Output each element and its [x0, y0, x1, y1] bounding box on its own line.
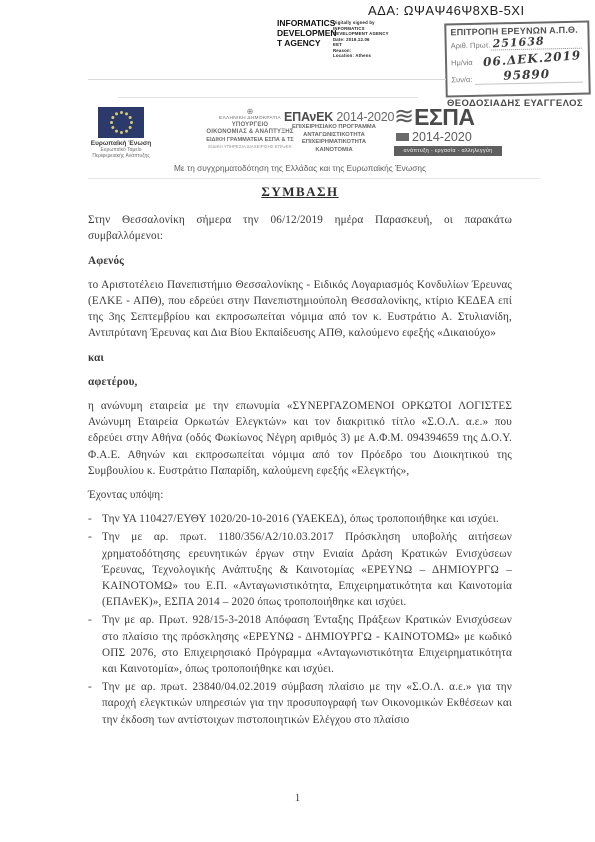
bullet-dash: - — [88, 529, 102, 610]
banner-bottom-rule — [88, 178, 540, 179]
cofinance-line: Με τη συγχρηματοδότηση της Ελλάδας και τ… — [88, 163, 512, 173]
epanek-name: ΕΠΑνΕΚ — [284, 110, 333, 124]
document-title: ΣΥΜΒΑΣΗ — [88, 184, 512, 200]
stamp-attachment-value: 95890 — [503, 67, 550, 83]
eu-fund-line2: Περιφερειακής Ανάπτυξης — [88, 153, 154, 159]
list-item: - Την με αρ. πρωτ. 23840/04.02.2019 σύμβ… — [88, 679, 512, 728]
list-item: - Την ΥΑ 110427/ΕΥΘΥ 1020/20-10-2016 (ΥΑ… — [88, 511, 512, 527]
eu-name: Ευρωπαϊκή Ένωση — [88, 140, 154, 147]
connector-label: και — [88, 350, 512, 366]
scanned-contract-page: { "colors": { "eu_flag_navy": "#2c3a6b",… — [0, 0, 595, 842]
scan-artifact-line — [88, 79, 446, 80]
intro-paragraph: Στην Θεσσαλονίκη σήμερα την 06/12/2019 η… — [88, 212, 512, 244]
party2-label: αφετέρου, — [88, 374, 512, 390]
agency-line: T AGENCY — [277, 39, 339, 49]
epanek-subtitle: ΑΝΤΑΓΩΝΙΣΤΙΚΟΤΗΤΑ — [284, 132, 384, 140]
epanek-years: 2014-2020 — [336, 110, 394, 124]
page-number: 1 — [0, 792, 595, 804]
espa-title: ΕΣΠΑ — [414, 106, 474, 128]
bullet-dash: - — [88, 612, 102, 677]
list-item: - Την με αρ. πρωτ. 1180/356/Α2/10.03.201… — [88, 529, 512, 610]
sig-detail-line: DEVELOPMENT AGENCY — [333, 31, 395, 37]
eu-logo-block: Ευρωπαϊκή Ένωση Ευρωπαϊκό Ταμείο Περιφερ… — [88, 107, 154, 160]
eu-miniflag-icon — [396, 133, 409, 141]
list-item-text: Την με αρ. πρωτ. 1180/356/Α2/10.03.2017 … — [102, 529, 512, 610]
epanek-subtitle: ΚΑΙΝΟΤΟΜΙΑ — [284, 147, 384, 155]
stamp-protocol-label: Αριθ. Πρωτ. — [451, 41, 491, 51]
list-item-text: Την με αρ. πρωτ. 23840/04.02.2019 σύμβασ… — [102, 679, 512, 728]
list-item-text: Την με αρ. Πρωτ. 928/15-3-2018 Απόφαση Έ… — [102, 612, 512, 677]
epanek-subtitle: ΕΠΙΧΕΙΡΗΜΑΤΙΚΟΤΗΤΑ — [284, 139, 384, 147]
having-regard-heading: Έχοντας υπόψη: — [88, 487, 512, 503]
dotted-line — [476, 82, 583, 85]
party2-paragraph: η ανώνυμη εταιρεία με την επωνυμία «ΣΥΝΕ… — [88, 398, 512, 479]
document-body: ΣΥΜΒΑΣΗ Στην Θεσσαλονίκη σήμερα την 06/1… — [88, 184, 512, 730]
eu-flag-icon — [98, 107, 144, 138]
digital-signature-agency: INFORMATICS DEVELOPMEN T AGENCY — [277, 19, 339, 48]
bullet-dash: - — [88, 679, 102, 728]
stamp-date-label: Ημ/νία — [451, 58, 473, 67]
having-regard-list: - Την ΥΑ 110427/ΕΥΘΥ 1020/20-10-2016 (ΥΑ… — [88, 511, 512, 728]
party1-label: Αφενός — [88, 253, 512, 269]
stamp-attachment-row: Συν/α: 95890 — [451, 69, 584, 89]
epanek-title: ΕΠΑνΕΚ 2014-2020 — [284, 110, 384, 124]
list-item-text: Την ΥΑ 110427/ΕΥΘΥ 1020/20-10-2016 (ΥΑΕΚ… — [102, 511, 512, 527]
espa-years: 2014-2020 — [412, 130, 472, 144]
ada-code: ΑΔΑ: ΩΨΑΨ46Ψ8ΧΒ-5ΧΙ — [368, 3, 525, 18]
epanek-subtitle: ΕΠΙΧΕΙΡΗΣΙΑΚΟ ΠΡΟΓΡΑΜΜΑ — [284, 124, 384, 132]
digital-signature-details: Digitally signed by INFORMATICS DEVELOPM… — [333, 20, 395, 59]
stamp-attachment-label: Συν/α: — [451, 75, 472, 84]
espa-wave-icon: ≋ — [394, 106, 414, 128]
scan-artifact-line — [118, 97, 418, 98]
espa-logo-block: ≋ ΕΣΠΑ 2014-2020 ανάπτυξη - εργασία - αλ… — [394, 106, 510, 156]
party1-paragraph: το Αριστοτέλειο Πανεπιστήμιο Θεσσαλονίκη… — [88, 277, 512, 342]
sig-detail-line: Location: Athens — [333, 53, 395, 59]
protocol-stamp: ΕΠΙΤΡΟΠΗ ΕΡΕΥΝΩΝ Α.Π.Θ. Αριθ. Πρωτ. 2516… — [444, 20, 591, 97]
bullet-dash: - — [88, 511, 102, 527]
espa-tagline: ανάπτυξη - εργασία - αλληλεγγύη — [394, 146, 502, 156]
list-item: - Την με αρ. Πρωτ. 928/15-3-2018 Απόφαση… — [88, 612, 512, 677]
epanek-logo-block: ΕΠΑνΕΚ 2014-2020 ΕΠΙΧΕΙΡΗΣΙΑΚΟ ΠΡΟΓΡΑΜΜΑ… — [284, 110, 384, 154]
